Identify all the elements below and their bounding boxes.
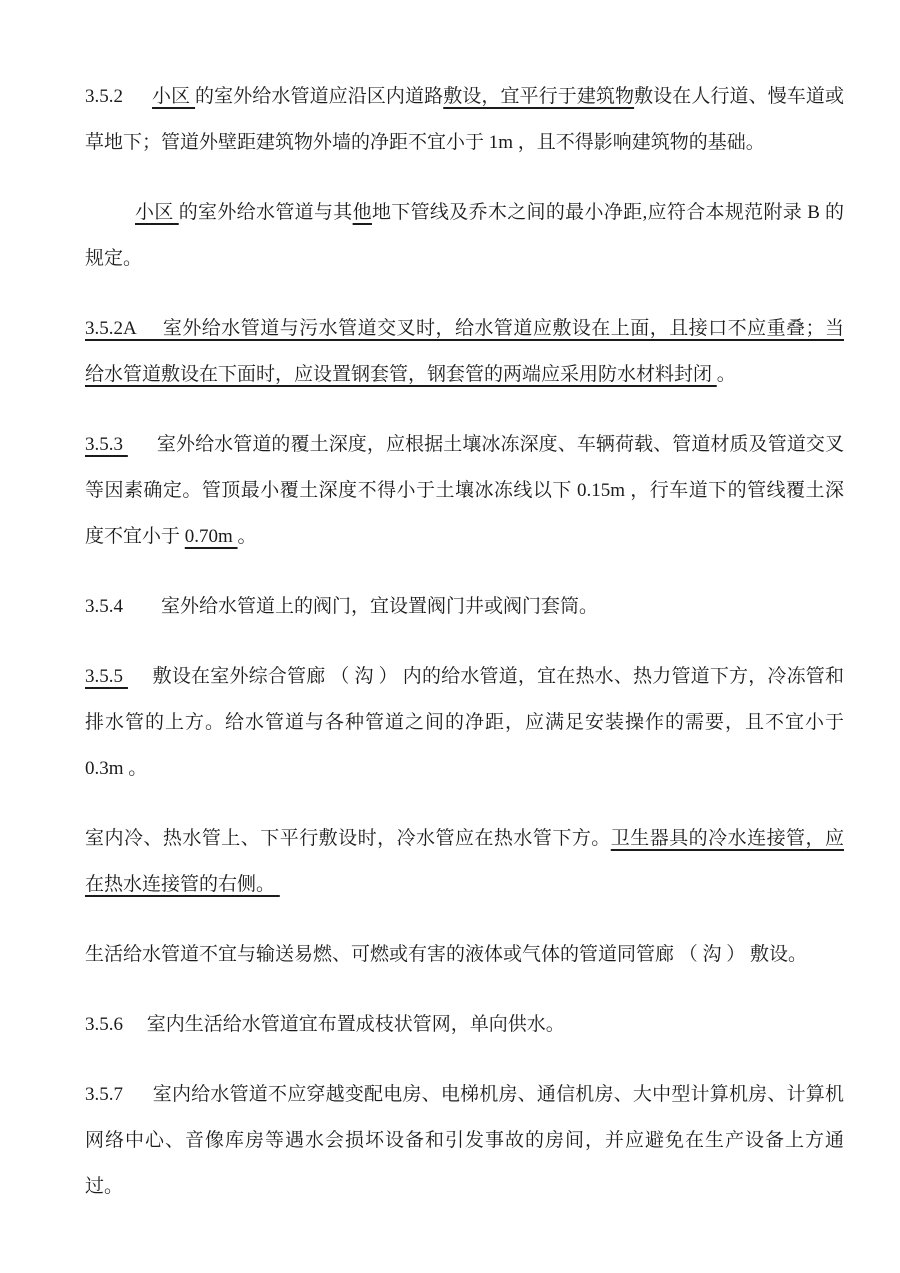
paragraph: 3.5.4 室外给水管道上的阀门，宜设置阀门井或阀门套筒。 xyxy=(85,584,844,630)
text-segment: 。 xyxy=(238,526,257,547)
paragraph: 3.5.5 敷设在室外综合管廊 （ 沟 ） 内的给水管道，宜在热水、热力管道下方… xyxy=(85,654,844,792)
underlined-text-segment: 0.70m xyxy=(185,526,238,547)
text-segment xyxy=(123,1014,147,1035)
text-segment: 3.5.4 xyxy=(85,596,123,617)
paragraph: 3.5.2 小区 的室外给水管道应沿区内道路敷设，宜平行于建筑物敷设在人行道、慢… xyxy=(85,74,844,166)
text-segment: 室内给水管道不应穿越变配电房、电梯机房、通信机房、大中型计算机房、计算机网络中心… xyxy=(85,1084,844,1197)
underlined-text-segment: 小区 xyxy=(152,86,195,107)
underlined-text-segment: 他 xyxy=(353,202,372,223)
text-segment: 室内冷、热水管上、下平行敷设时，冷水管应在热水管下方。 xyxy=(85,828,611,849)
text-segment xyxy=(128,666,153,687)
text-segment: 3.5.2 xyxy=(85,86,123,107)
text-segment: 的室外给水管道与其 xyxy=(179,202,353,223)
paragraph: 生活给水管道不宜与输送易燃、可燃或有害的液体或气体的管道同管廊 （ 沟 ） 敷设… xyxy=(85,932,844,978)
document-page: 3.5.2 小区 的室外给水管道应沿区内道路敷设，宜平行于建筑物敷设在人行道、慢… xyxy=(0,0,900,1273)
text-segment: 敷设在室外综合管廊 （ 沟 ） 内的给水管道，宜在热水、热力管道下方，冷冻管和排… xyxy=(85,666,844,779)
underlined-text-segment: 3.5.5 xyxy=(85,666,128,687)
underlined-text-segment: 3.5.3 xyxy=(85,434,128,455)
underlined-text-segment: 小区 xyxy=(135,202,179,223)
text-segment xyxy=(123,596,161,617)
paragraph: 3.5.7 室内给水管道不应穿越变配电房、电梯机房、通信机房、大中型计算机房、计… xyxy=(85,1072,844,1210)
paragraph: 3.5.3 室外给水管道的覆土深度，应根据土壤冰冻深度、车辆荷载、管道材质及管道… xyxy=(85,422,844,560)
text-segment: 室外给水管道上的阀门，宜设置阀门井或阀门套筒。 xyxy=(161,596,598,617)
text-segment xyxy=(123,86,152,107)
text-segment: 的室外给水管道应沿区内道路 xyxy=(195,86,443,107)
paragraph: 3.5.2A 室外给水管道与污水管道交叉时，给水管道应敷设在上面，且接口不应重叠… xyxy=(85,306,844,398)
text-segment: 室内生活给水管道宜布置成枝状管网，单向供水。 xyxy=(147,1014,565,1035)
text-segment: 3.5.7 xyxy=(85,1084,123,1105)
document-body: 3.5.2 小区 的室外给水管道应沿区内道路敷设，宜平行于建筑物敷设在人行道、慢… xyxy=(85,74,844,1210)
paragraph: 小区 的室外给水管道与其他地下管线及乔木之间的最小净距,应符合本规范附录 B 的… xyxy=(85,190,844,282)
text-segment xyxy=(128,434,157,455)
text-segment: 3.5.6 xyxy=(85,1014,123,1035)
paragraph: 室内冷、热水管上、下平行敷设时，冷水管应在热水管下方。卫生器具的冷水连接管，应在… xyxy=(85,816,844,908)
text-segment: 生活给水管道不宜与输送易燃、可燃或有害的液体或气体的管道同管廊 （ 沟 ） 敷设… xyxy=(85,944,807,965)
text-segment xyxy=(123,1084,153,1105)
underlined-text-segment: 敷设，宜平行于建筑物 xyxy=(443,86,634,107)
paragraph: 3.5.6 室内生活给水管道宜布置成枝状管网，单向供水。 xyxy=(85,1002,844,1048)
text-segment: 。 xyxy=(717,364,736,385)
